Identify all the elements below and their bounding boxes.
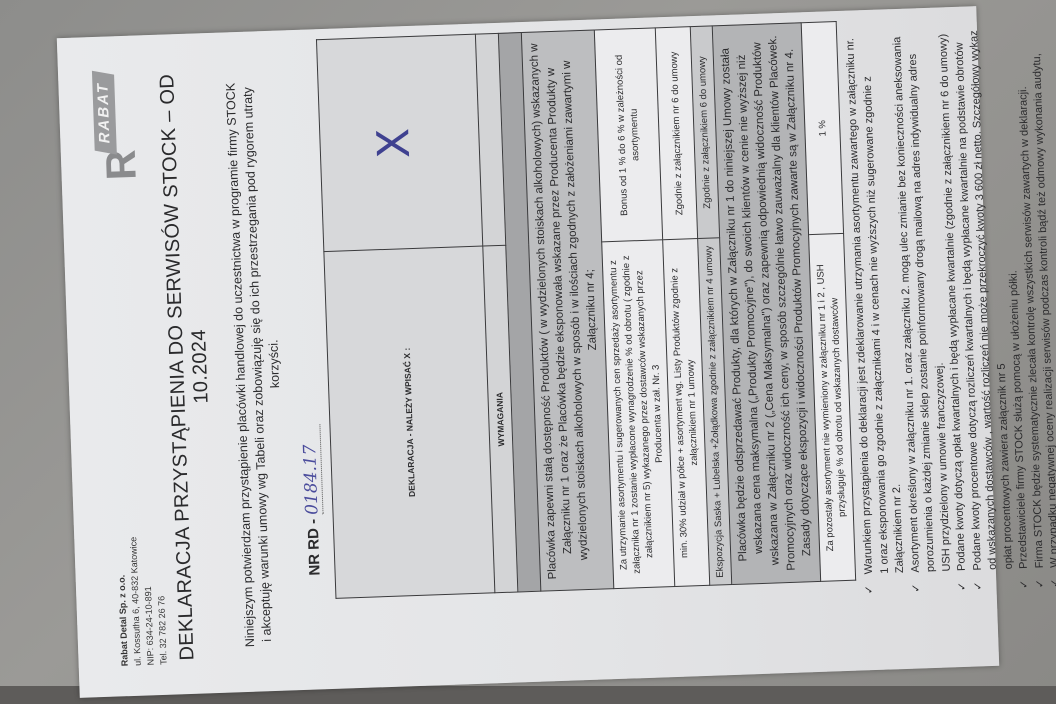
logo-text: RABAT (92, 71, 117, 155)
declaration-row: DEKLARACJA - NALEŻY WPISAĆ X : X (316, 34, 494, 598)
checkmark-icon: ✓ (1033, 579, 1049, 589)
benefit-cell: 1 % (801, 22, 843, 236)
conditions-list: ✓Warunkiem przystąpienia do deklaracji j… (843, 25, 1056, 595)
checkmark-icon: ✓ (1017, 579, 1033, 589)
company-info: Rabat Detal Sp. z o.o. ul. Kossutha 6, 4… (114, 536, 170, 667)
checkmark-icon: ✓ (971, 581, 987, 591)
letterhead: Rabat Detal Sp. z o.o. ul. Kossutha 6, 4… (78, 69, 239, 668)
declaration-header: DEKLARACJA - NALEŻY WPISAĆ X : (324, 246, 495, 598)
nr-rd-value: 0184.17 (299, 424, 323, 515)
checkmark-icon: ✓ (1048, 578, 1056, 588)
nr-rd-label: NR RD - (305, 519, 324, 576)
declaration-checkbox[interactable]: X (316, 34, 482, 252)
benefit-cell: Bonus od 1 % do 6 % w zależności od asor… (594, 28, 662, 242)
checkmark-icon: ✓ (862, 585, 878, 595)
checkmark-icon: ✓ (955, 581, 971, 591)
requirements-table: DEKLARACJA - NALEŻY WPISAĆ X : X WYMAGAN… (316, 21, 856, 599)
checkmark-icon: ✓ (909, 583, 925, 593)
document-page: Rabat Detal Sp. z o.o. ul. Kossutha 6, 4… (57, 6, 999, 698)
x-mark-icon: X (368, 127, 420, 159)
rabat-logo: R RABAT (92, 71, 142, 183)
